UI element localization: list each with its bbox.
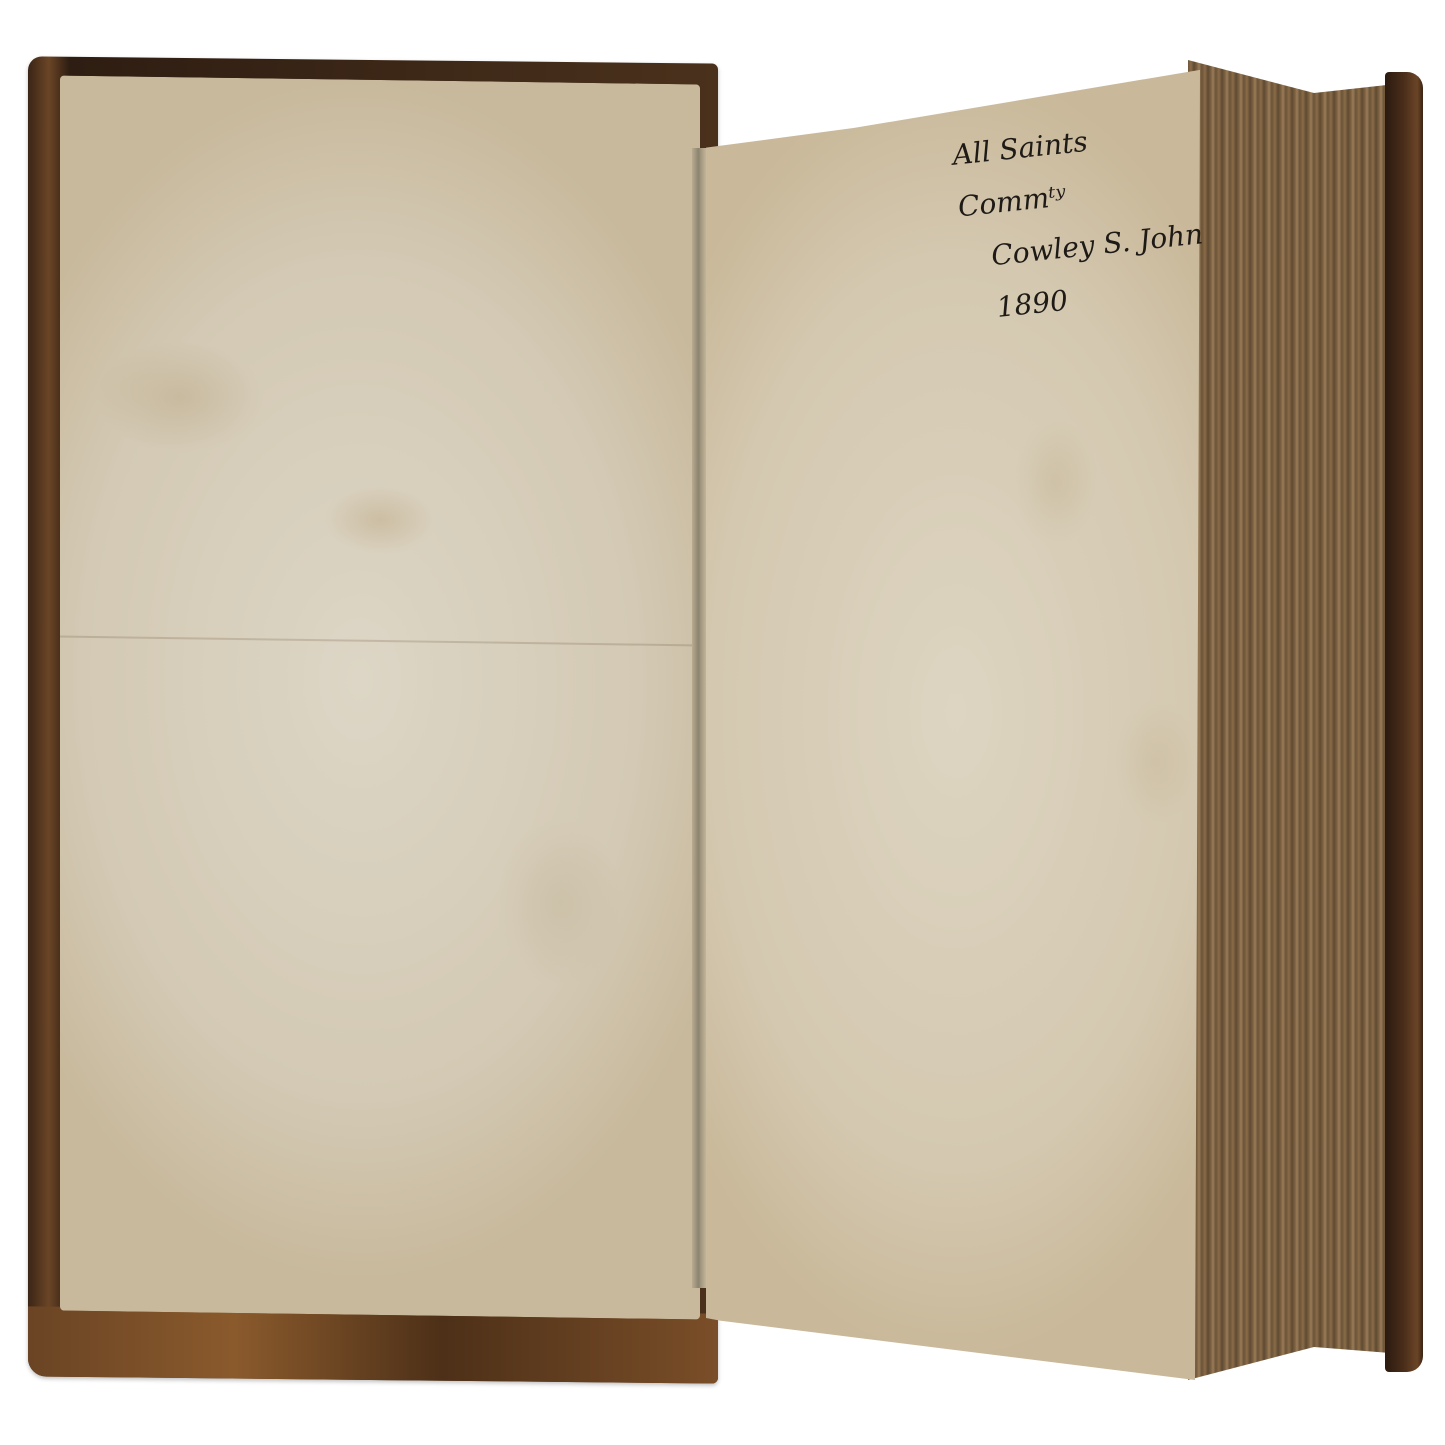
- handwritten-inscription: All Saints Commᵗʸ Cowley S. John 1890: [950, 104, 1220, 337]
- book-photo: All Saints Commᵗʸ Cowley S. John 1890: [0, 0, 1445, 1445]
- right-leather-cover-edge: [1385, 72, 1423, 1372]
- book-gutter: [692, 148, 708, 1288]
- left-endpaper: [60, 76, 700, 1320]
- page-block-fore-edge: [1188, 60, 1398, 1380]
- endpaper-fold-line: [60, 636, 700, 647]
